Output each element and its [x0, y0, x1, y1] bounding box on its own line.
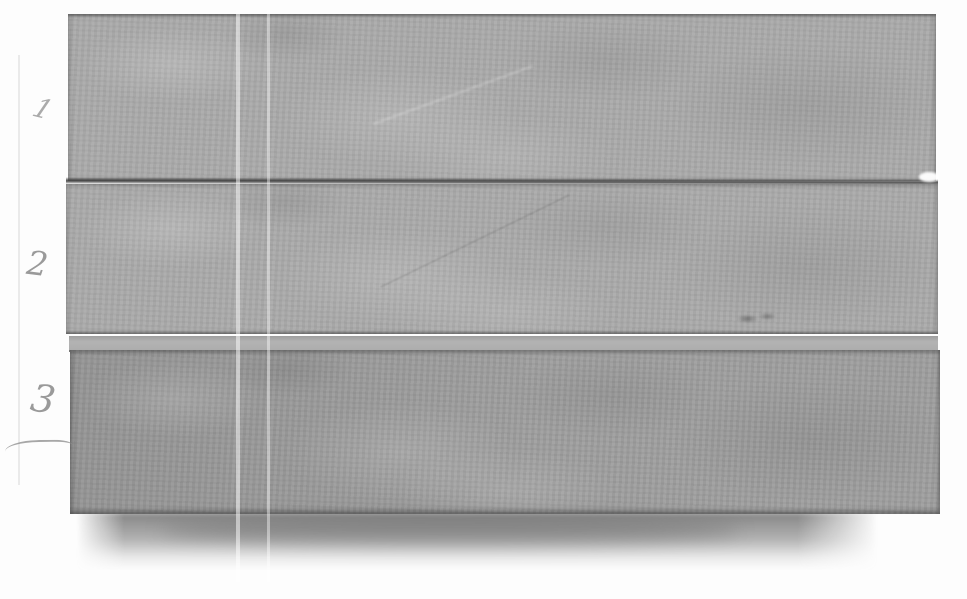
wood-board-1 [68, 14, 936, 181]
scan-streak-1 [236, 10, 240, 582]
scanned-photo-page: 1 2 3 [0, 0, 967, 599]
wood-board-3 [70, 350, 940, 514]
scan-streak-margin [18, 55, 20, 485]
seam-highlight-right [919, 172, 939, 182]
scan-streak-2 [267, 10, 270, 582]
handwritten-label-2: 2 [25, 246, 50, 281]
board-1-light-scuff [373, 65, 533, 125]
handwritten-label-1: 1 [29, 95, 57, 124]
wood-board-2 [66, 184, 938, 334]
label-3-leader-line [5, 439, 73, 452]
cast-shadow-core [160, 516, 740, 544]
knot-mark [733, 310, 781, 326]
handwritten-label-3: 3 [28, 378, 58, 419]
